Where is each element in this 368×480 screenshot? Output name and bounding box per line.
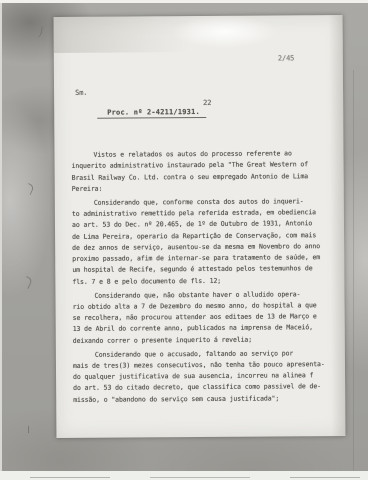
page-corner-glare (149, 15, 299, 56)
film-edge-bottom-line (0, 477, 368, 478)
paragraph: Considerando que o accusado, faltando ao… (73, 348, 329, 406)
film-edge-left (0, 3, 2, 471)
film-edge-bottom (0, 471, 368, 480)
paragraph: Considerando que, não obstante haver o a… (72, 289, 328, 347)
text-line: do art. 53 do citado decreto, que classi… (73, 382, 329, 395)
text-line: 13 de Abril do corrente anno, publicados… (73, 323, 329, 336)
text-line: fls. 7 e 8 e pelo documento de fls. 12; (72, 275, 328, 288)
page-edge-shadow (329, 15, 346, 436)
photographed-document: 2/45 Sm. 22 Proc. nº 2-4211/1931. Vistos… (0, 0, 368, 480)
paragraph: Considerando que, conforme consta dos au… (72, 196, 329, 288)
film-mark-icon (28, 426, 29, 433)
document-body: Vistos e relatados os autos do processo … (71, 148, 329, 408)
paragraph: Vistos e relatados os autos do processo … (71, 148, 327, 195)
document-page: 2/45 Sm. 22 Proc. nº 2-4211/1931. Vistos… (54, 15, 346, 438)
text-line: Brasil Railway Co. Ltd. contra o seu emp… (72, 171, 328, 184)
text-line: Pereira: (72, 182, 328, 195)
text-line: missão, o "abandono do serviço sem causa… (73, 393, 329, 406)
margin-note: Sm. (75, 89, 87, 97)
page-number: 22 (203, 99, 211, 107)
film-edge-top (0, 0, 368, 3)
process-number-heading: Proc. nº 2-4211/1931. (97, 108, 206, 119)
text-line: deixando correr o presente inquerito á r… (73, 334, 329, 347)
film-seam-right (353, 70, 354, 470)
text-line: um hospital de Recife, segundo é attesta… (72, 264, 328, 277)
page-marker: 2/45 (278, 54, 295, 62)
